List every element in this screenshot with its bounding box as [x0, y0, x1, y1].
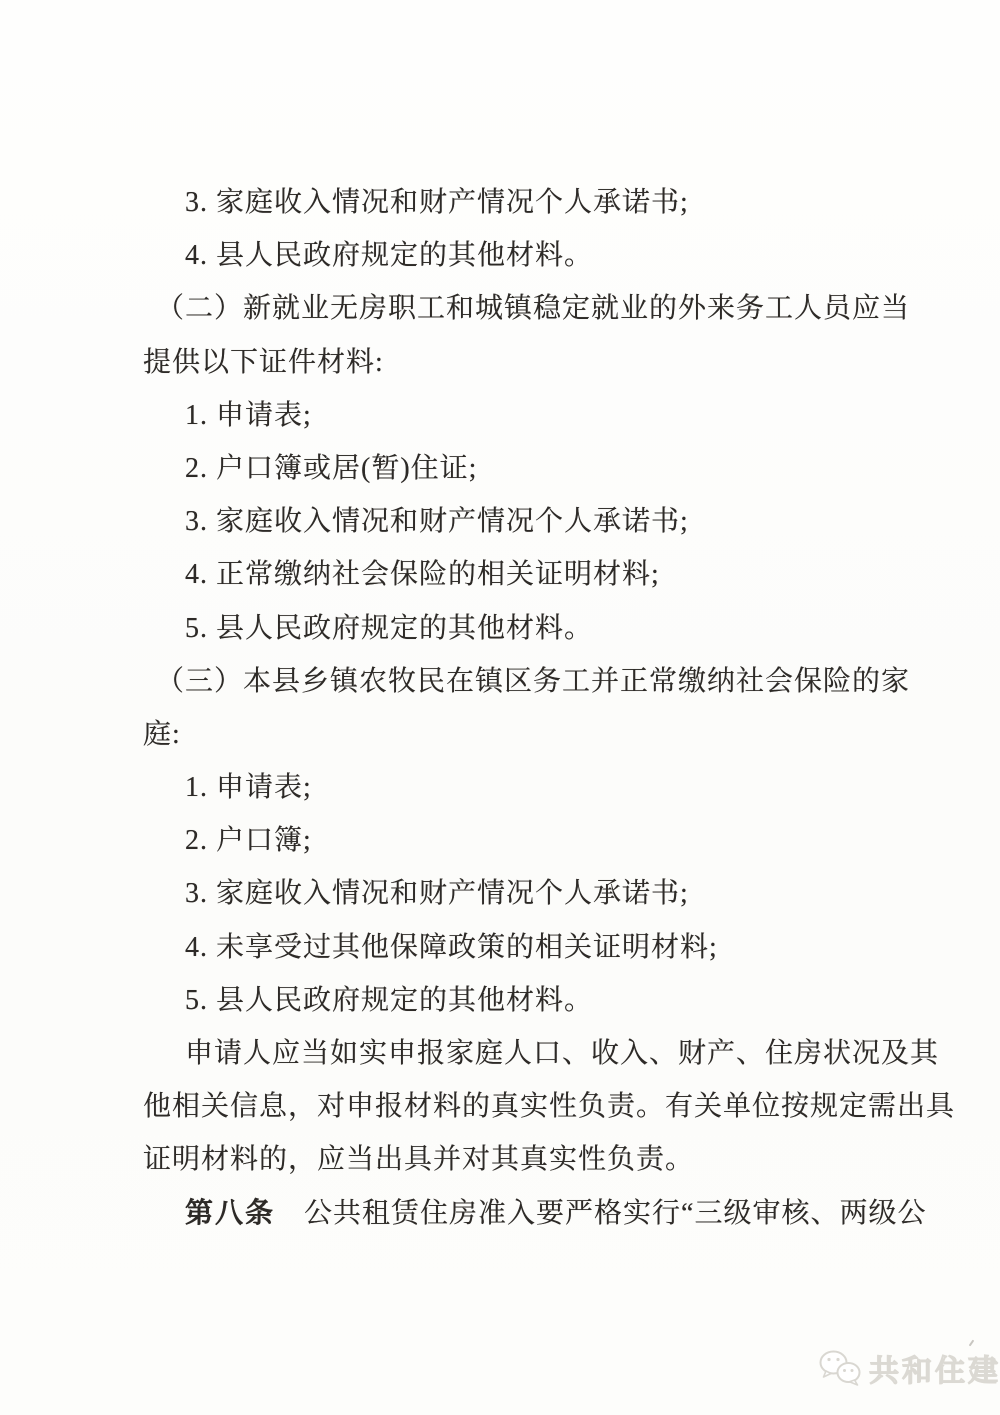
text-line: 1. 申请表;: [143, 389, 903, 442]
watermark: 共和住建: [818, 1346, 1000, 1390]
text-line: （二）新就业无房职工和城镇稳定就业的外来务工人员应当: [143, 282, 903, 335]
text-line: （三）本县乡镇农牧民在镇区务工并正常缴纳社会保险的家: [143, 655, 903, 708]
document-page: 3. 家庭收入情况和财产情况个人承诺书;4. 县人民政府规定的其他材料。（二）新…: [0, 0, 1000, 1415]
text-line: 他相关信息，对申报材料的真实性负责。有关单位按规定需出具: [143, 1080, 903, 1133]
text-line: 3. 家庭收入情况和财产情况个人承诺书;: [143, 495, 903, 548]
text-line: 提供以下证件材料:: [143, 336, 903, 389]
text-line: 3. 家庭收入情况和财产情况个人承诺书;: [143, 176, 903, 229]
text-line: 4. 县人民政府规定的其他材料。: [143, 229, 903, 282]
text-line: 3. 家庭收入情况和财产情况个人承诺书;: [143, 867, 903, 920]
article-number: 第八条: [185, 1198, 275, 1229]
text-line: 证明材料的，应当出具并对其真实性负责。: [143, 1133, 903, 1186]
text-line: 1. 申请表;: [143, 761, 903, 814]
text-line: 4. 正常缴纳社会保险的相关证明材料;: [143, 548, 903, 601]
text-line: 申请人应当如实申报家庭人口、收入、财产、住房状况及其: [143, 1027, 903, 1080]
text-line: 5. 县人民政府规定的其他材料。: [143, 602, 903, 655]
text-line: 4. 未享受过其他保障政策的相关证明材料;: [143, 921, 903, 974]
text-line: 5. 县人民政府规定的其他材料。: [143, 974, 903, 1027]
text-line: 2. 户口簿;: [143, 814, 903, 867]
text-line: 庭:: [143, 708, 903, 761]
wechat-icon: [818, 1349, 862, 1387]
document-body: 3. 家庭收入情况和财产情况个人承诺书;4. 县人民政府规定的其他材料。（二）新…: [143, 176, 903, 1240]
text-line: 2. 户口簿或居(暂)住证;: [143, 442, 903, 495]
watermark-label: 共和住建: [869, 1346, 1000, 1390]
text-line: 第八条 公共租赁住房准入要严格实行“三级审核、两级公: [143, 1187, 903, 1240]
